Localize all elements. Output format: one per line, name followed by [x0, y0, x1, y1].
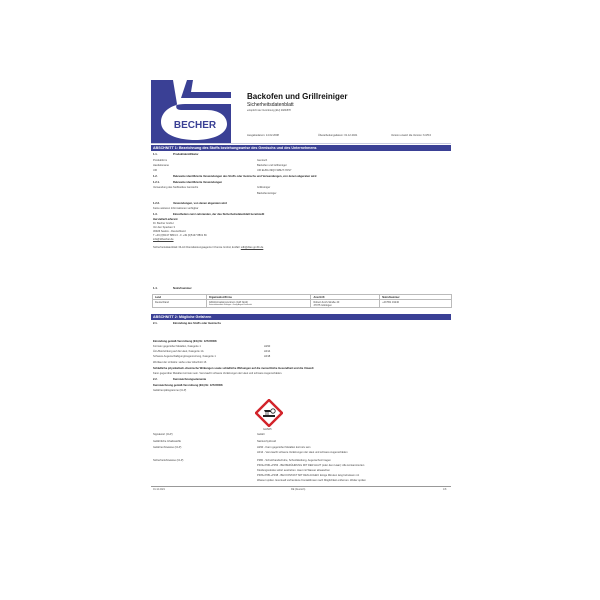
use-item: Backofenreiniger	[257, 192, 276, 195]
product-row-label: Produktform	[153, 159, 167, 162]
emergency-number-table: Land Organisation/Firma Anschrift Notruf…	[152, 294, 452, 308]
section-1-1-number: 1.1.	[153, 153, 157, 156]
svg-text:BECHER: BECHER	[174, 120, 217, 131]
replaced-version: Version ersetzt die Version: 6.0/5.0	[391, 134, 431, 137]
cell-organisation: Giftinformationszentrum (GIZ Nord) Unive…	[206, 300, 311, 308]
product-row-value: Backofen und Grillreiniger	[257, 164, 287, 167]
product-row-label: UFI	[153, 169, 157, 172]
hazard-statement: H314 - Verursacht schwere Verätzungen de…	[257, 451, 348, 454]
hazardous-label: Gefährliche Inhaltsstoffe	[153, 440, 181, 443]
section-1-2-2-number: 1.2.2.	[153, 202, 160, 205]
cell-phone: +49 551 19240	[380, 300, 452, 308]
cell-land: Deutschland	[153, 300, 207, 308]
effects-heading: Schädliche physikalisch-chemische Wirkun…	[153, 367, 314, 370]
section-2-1-number: 2.1.	[153, 322, 157, 325]
classification-code: H318	[264, 355, 270, 358]
supplier-heading: Hersteller/Lieferant	[153, 218, 178, 221]
sds-page: BECHER Backofen und Grillreiniger Sicher…	[151, 80, 451, 530]
product-row-value: UFI:EH54-39QV-W8HT-YDS7	[257, 169, 291, 172]
section-1-2-2-title: Verwendungen, von denen abgeraten wird	[173, 202, 227, 205]
table-row: Deutschland Giftinformationszentrum (GIZ…	[153, 300, 452, 308]
section-1-2-1-number: 1.2.1.	[153, 181, 160, 184]
sds-contact: Sicherheitsdatenblatt: DLAC Dienstleistu…	[153, 246, 263, 249]
no-info-text: Keine weiteren Informationen verfügbar	[153, 207, 198, 210]
classification-label: Korrosiv gegenüber Metallen, Kategorie 1	[153, 345, 201, 348]
precaution-line: Wasser spülen. Eventuell vorhandene Kont…	[257, 479, 366, 482]
revision-date: Überarbeitungsdatum: 01.12.2021	[318, 134, 357, 137]
product-row-label: Handelsname	[153, 164, 169, 167]
pictogram-label: Gefahrenpiktogramme (CLP)	[153, 389, 186, 392]
becher-logo: BECHER	[151, 80, 231, 144]
supplier-line: Vor den Specken 3	[153, 226, 175, 229]
section-1-3-number: 1.3.	[153, 213, 157, 216]
precaution-line: P280 - Schutzhandschuhe, Schutzkleidung,…	[257, 459, 331, 462]
section-1-4-number: 1.4.	[153, 287, 157, 290]
classification-label: Schwere Augenschädigung/Augenreizung, Ka…	[153, 355, 216, 358]
signal-word-value: Gefahr	[257, 433, 265, 436]
supplier-email-link[interactable]: info@drbecher.de	[153, 238, 174, 241]
org-subtitle: Universitätsmedizin Göttingen - Georg-Au…	[209, 304, 309, 306]
section-1-1-title: Produktidentifikator	[173, 153, 199, 156]
pictogram-code: GHS05	[263, 428, 272, 431]
hazardous-value: Natriumhydroxid	[257, 440, 276, 443]
sds-contact-prefix: Sicherheitsdatenblatt: DLAC Dienstleistu…	[153, 246, 241, 249]
footer-date: 01.12.2021	[153, 488, 165, 491]
document-subtitle: Sicherheitsdatenblatt	[247, 102, 294, 108]
classification-heading: Einstufung gemäß Verordnung (EG) Nr. 127…	[153, 340, 216, 343]
supplier-line: Dr. Becher GmbH	[153, 222, 173, 225]
use-label: Verwendung des Stoffes/des Gemischs	[153, 186, 198, 189]
section-1-2-title: Relevante identifizierte Verwendungen de…	[173, 175, 316, 178]
precaution-line: P305+P351+P338 - BEI KONTAKT MIT DEN AUG…	[257, 474, 359, 477]
address-line: 37075 Göttingen	[313, 304, 332, 307]
h-phrase-note: Wortlaut der H-Sätze: siehe unter Abschn…	[153, 361, 206, 364]
hazard-statements-label: Gefahrenhinweise (CLP)	[153, 446, 181, 449]
classification-code: H314	[264, 350, 270, 353]
effects-text: Kann gegenüber Metallen korrosiv sein. V…	[153, 372, 282, 375]
classification-code: H290	[264, 345, 270, 348]
section-2-2-title: Kennzeichnungselemente	[173, 378, 206, 381]
sds-contact-email-link[interactable]: sdb@dlac-gmbh.de	[241, 246, 264, 249]
precaution-line: P303+P361+P353 - BEI BERÜHRUNG MIT DER H…	[257, 464, 364, 467]
footer-page-number: 1/8	[443, 488, 446, 491]
precaution-label: Sicherheitshinweise (CLP)	[153, 459, 183, 462]
classification-label: Ätz-/Reizwirkung auf die Haut, Kategorie…	[153, 350, 204, 353]
section-2-1-title: Einstufung des Stoffs oder Gemischs	[173, 322, 221, 325]
footer-language: DE (Deutsch)	[291, 488, 305, 491]
signal-word-label: Signalwort (CLP)	[153, 433, 173, 436]
use-item: Grillreiniger	[257, 186, 270, 189]
supplier-line: 30926 Seelze - Deutschland	[153, 230, 186, 233]
regulation-line: entspricht der Verordnung (EU) 2020/878	[247, 109, 291, 112]
issue-date: Ausgabedatum: 14.02.2008	[247, 134, 279, 137]
product-title: Backofen und Grillreiniger	[247, 92, 347, 101]
section-1-2-number: 1.2.	[153, 175, 157, 178]
product-row-value: Gemisch	[257, 159, 267, 162]
corrosion-pictogram-icon	[255, 399, 283, 427]
labelling-heading: Kennzeichnung gemäß Verordnung (EG) Nr. …	[153, 384, 222, 387]
section-1-2-1-title: Relevante identifizierte Verwendungen	[173, 181, 222, 184]
section-1-3-title: Einzelheiten zum Lieferanden, der das Si…	[173, 213, 264, 216]
header-divider	[151, 143, 451, 144]
footer-divider	[151, 486, 451, 487]
section-2-2-number: 2.2.	[153, 378, 157, 381]
hazard-statement: H290 - Kann gegenüber Metallen korrosiv …	[257, 446, 311, 449]
precaution-line: Kleidungsstücke sofort ausziehen. Haut m…	[257, 469, 330, 472]
cell-address: Robert-Koch-Straße 40 37075 Göttingen	[311, 300, 380, 308]
supplier-line: T +49 (0)5137 8801 0 - F +49 (0)5137 880…	[153, 234, 207, 237]
section-1-heading: ABSCHNITT 1: Bezeichnung des Stoffs bezi…	[151, 145, 451, 151]
section-1-4-title: Notrufnummer	[173, 287, 192, 290]
section-2-heading: ABSCHNITT 2: Mögliche Gefahren	[151, 314, 451, 320]
